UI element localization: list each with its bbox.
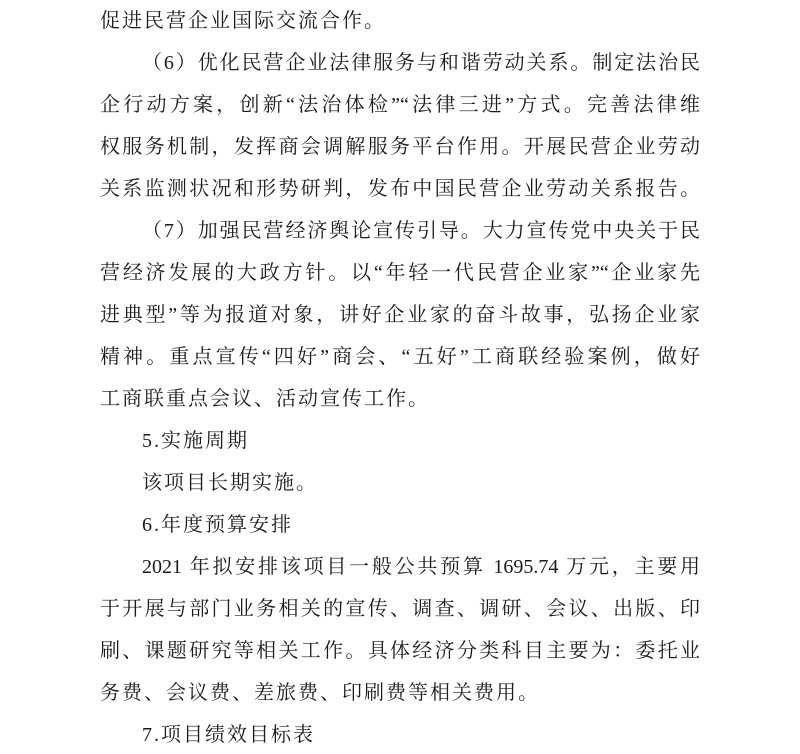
paragraph: （7）加强民营经济舆论宣传引导。大力宣传党中央关于民营经济发展的大政方针。以“年… <box>100 210 700 420</box>
text-line: 营经济发展的大政方针。以“年轻一代民营企业家”“企业家先 <box>100 252 700 294</box>
text-line: 企行动方案，创新“法治体检”“法律三进”方式。完善法律维 <box>100 84 700 126</box>
text-line: （6）优化民营企业法律服务与和谐劳动关系。制定法治民 <box>100 42 700 84</box>
text-line: 精神。重点宣传“四好”商会、“五好”工商联经验案例，做好 <box>100 336 700 378</box>
text-line: 促进民营企业国际交流合作。 <box>100 0 700 42</box>
paragraph: 促进民营企业国际交流合作。 <box>100 0 700 42</box>
text-line: （7）加强民营经济舆论宣传引导。大力宣传党中央关于民 <box>100 210 700 252</box>
text-line: 刷、课题研究等相关工作。具体经济分类科目主要为：委托业 <box>100 630 700 672</box>
paragraph: （6）优化民营企业法律服务与和谐劳动关系。制定法治民企行动方案，创新“法治体检”… <box>100 42 700 210</box>
text-line: 6.年度预算安排 <box>100 504 700 546</box>
text-line: 关系监测状况和形势研判，发布中国民营企业劳动关系报告。 <box>100 168 700 210</box>
document-page: 促进民营企业国际交流合作。（6）优化民营企业法律服务与和谐劳动关系。制定法治民企… <box>0 0 800 754</box>
paragraph: 6.年度预算安排 <box>100 504 700 546</box>
document-content: 促进民营企业国际交流合作。（6）优化民营企业法律服务与和谐劳动关系。制定法治民企… <box>100 0 700 754</box>
text-line: 务费、会议费、差旅费、印刷费等相关费用。 <box>100 672 700 714</box>
text-line: 该项目长期实施。 <box>100 462 700 504</box>
paragraph: 5.实施周期 <box>100 420 700 462</box>
paragraph: 7.项目绩效目标表 <box>100 714 700 754</box>
text-line: 于开展与部门业务相关的宣传、调查、调研、会议、出版、印 <box>100 588 700 630</box>
paragraph: 2021 年拟安排该项目一般公共预算 1695.74 万元，主要用于开展与部门业… <box>100 546 700 714</box>
text-line: 工商联重点会议、活动宣传工作。 <box>100 378 700 420</box>
text-line: 2021 年拟安排该项目一般公共预算 1695.74 万元，主要用 <box>100 546 700 588</box>
text-line: 进典型”等为报道对象，讲好企业家的奋斗故事，弘扬企业家 <box>100 294 700 336</box>
text-line: 权服务机制，发挥商会调解服务平台作用。开展民营企业劳动 <box>100 126 700 168</box>
text-line: 5.实施周期 <box>100 420 700 462</box>
paragraph: 该项目长期实施。 <box>100 462 700 504</box>
text-line: 7.项目绩效目标表 <box>100 714 700 754</box>
